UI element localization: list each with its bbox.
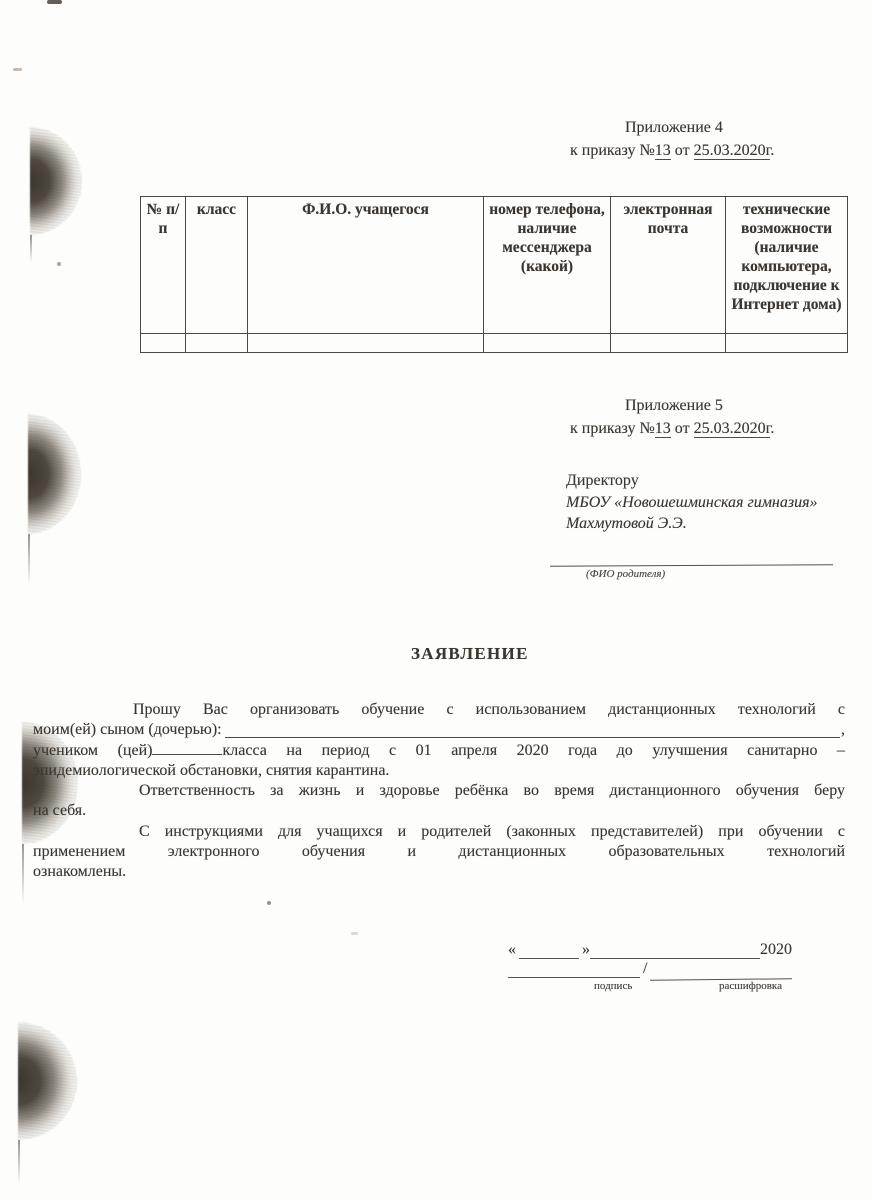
order-date: 25.03.2020г	[694, 142, 771, 160]
scan-streak-artifact	[22, 844, 24, 904]
body-line: Прошу Вас организовать обучение с исполь…	[33, 700, 845, 720]
scan-speck-artifact	[351, 932, 358, 935]
signature-line: /	[508, 959, 792, 978]
statement-heading: ЗАЯВЛЕНИЕ	[411, 644, 529, 664]
date-line: « » 2020	[508, 940, 792, 959]
table-cell-empty	[611, 334, 726, 353]
appendix-4-order-line: к приказу №13 от 25.03.2020г.	[570, 139, 774, 162]
col-header-student-name: Ф.И.О. учащегося	[248, 197, 484, 334]
scan-streak-artifact	[28, 534, 30, 586]
table-cell-empty	[726, 334, 848, 353]
parent-name-hint: (ФИО родителя)	[558, 568, 665, 580]
order-mid: от	[671, 142, 694, 159]
order-suffix: .	[770, 142, 774, 159]
body-line: применением электронного обучения и дист…	[33, 842, 845, 862]
body-line-rest: класса на период с 01 апреля 2020 года д…	[222, 742, 845, 759]
table-cell-empty	[248, 334, 484, 353]
scan-speck-artifact	[267, 901, 271, 905]
body-line-with-blank: моим(ей) сыном (дочерью): ,	[33, 720, 845, 740]
signature-blank-line	[508, 963, 640, 978]
body-line: С инструкциями для учащихся и родителей …	[33, 822, 845, 842]
open-quote: «	[508, 941, 516, 959]
signature-block: « » 2020 / подпись расшифровка	[508, 940, 792, 992]
scanned-document-page: Приложение 4 к приказу №13 от 25.03.2020…	[0, 0, 872, 1200]
order-prefix: к приказу №	[570, 420, 655, 437]
statement-body: Прошу Вас организовать обучение с исполь…	[33, 700, 845, 883]
order-number: 13	[655, 142, 671, 160]
scan-speck-artifact	[57, 262, 61, 266]
appendix-4-title: Приложение 4	[570, 116, 774, 139]
body-line-with-blank: учеником (цей)класса на период с 01 апре…	[33, 741, 845, 761]
col-header-class: класс	[186, 197, 248, 334]
col-header-number: № п/п	[141, 197, 186, 334]
col-header-phone-messenger: номер телефона, наличие мессенджера (как…	[484, 197, 611, 334]
table-cell-empty	[141, 334, 186, 353]
year-text: 2020	[760, 941, 792, 959]
appendix-5-order-line: к приказу №13 от 25.03.2020г.	[570, 417, 774, 440]
appendix-5-title: Приложение 5	[570, 394, 774, 417]
separator-slash: /	[640, 960, 650, 978]
decode-blank-line	[650, 964, 792, 980]
body-line-prefix: учеником (цей)	[33, 742, 152, 759]
addressee-role: Директору	[566, 470, 818, 492]
addressee-organization: МБОУ «Новошешминская гимназия»	[566, 492, 818, 514]
order-mid: от	[671, 420, 694, 437]
order-number: 13	[655, 420, 671, 438]
scan-blob-artifact	[28, 414, 81, 534]
col-header-email: электронная почта	[611, 197, 726, 334]
order-suffix: .	[770, 420, 774, 437]
col-header-tech-capabilities: технические возможности (наличие компьют…	[726, 197, 848, 334]
table-header-row: № п/п класс Ф.И.О. учащегося номер телеф…	[141, 197, 848, 334]
order-prefix: к приказу №	[570, 142, 655, 159]
body-line-suffix: ,	[841, 720, 845, 740]
appendix-5-block: Приложение 5 к приказу №13 от 25.03.2020…	[570, 394, 774, 440]
blank-line	[152, 753, 222, 755]
day-blank-line	[519, 944, 579, 959]
body-line: на себя.	[33, 801, 845, 821]
order-date: 25.03.2020г	[694, 420, 771, 438]
table-cell-empty	[484, 334, 611, 353]
body-line: эпидемиологической обстановки, снятия ка…	[33, 761, 845, 781]
scan-speck-artifact	[13, 68, 22, 71]
month-blank-line	[590, 944, 760, 959]
scan-speck-artifact	[47, 0, 62, 4]
table-row	[141, 334, 848, 353]
scan-streak-artifact	[30, 235, 32, 263]
appendix-4-block: Приложение 4 к приказу №13 от 25.03.2020…	[570, 116, 774, 162]
scan-streak-artifact	[18, 1140, 20, 1185]
close-quote: »	[582, 941, 590, 959]
table-cell-empty	[186, 334, 248, 353]
sign-label: подпись	[594, 980, 632, 992]
scan-blob-artifact	[18, 1022, 77, 1140]
addressee-block: Директору МБОУ «Новошешминская гимназия»…	[566, 470, 818, 535]
body-line-prefix: моим(ей) сыном (дочерью):	[33, 720, 222, 740]
parent-name-blank-line	[550, 544, 833, 566]
body-line: ознакомлены.	[33, 862, 845, 882]
addressee-person: Махмутовой Э.Э.	[566, 513, 818, 535]
blank-line	[225, 737, 840, 738]
decode-label: расшифровка	[719, 980, 782, 992]
scan-blob-artifact	[30, 127, 82, 235]
body-line: Ответственность за жизнь и здоровье ребё…	[33, 781, 845, 801]
contact-roster-table: № п/п класс Ф.И.О. учащегося номер телеф…	[140, 196, 848, 353]
